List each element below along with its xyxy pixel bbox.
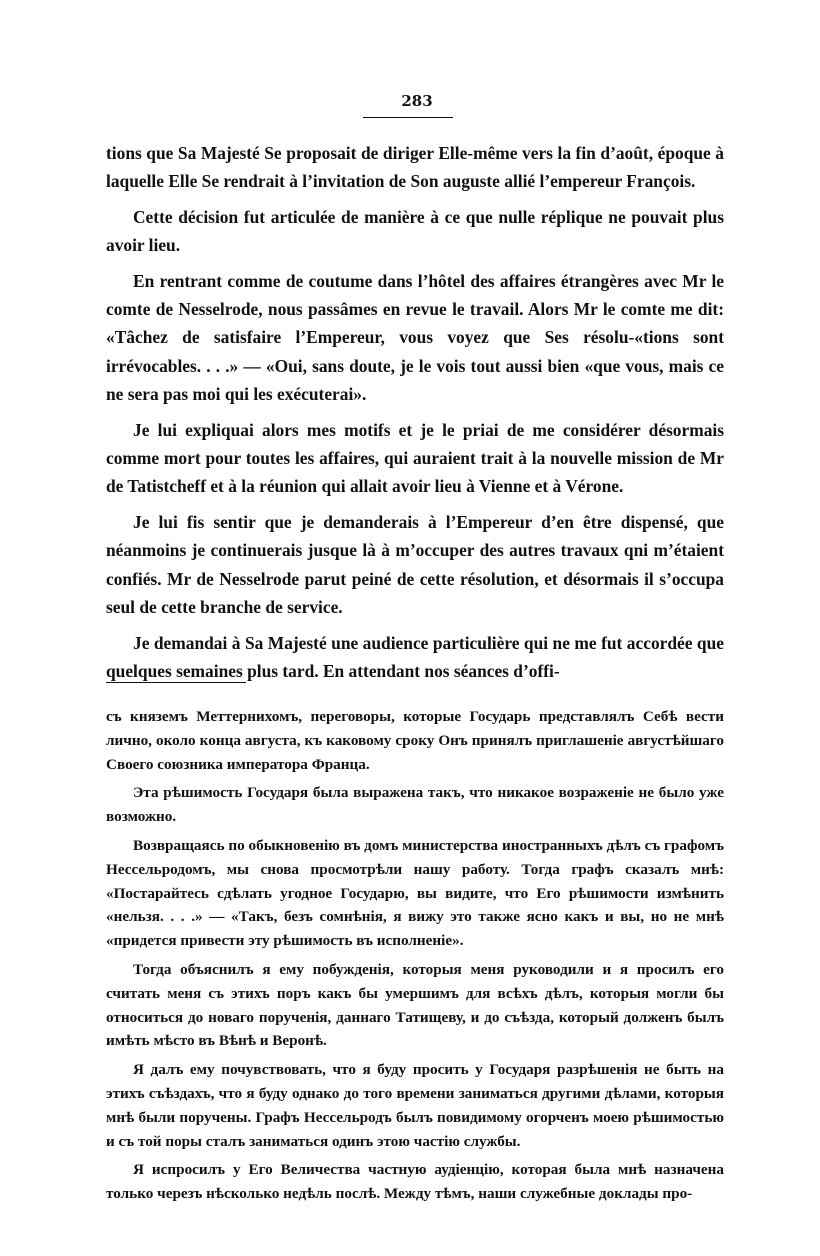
book-page: 283 tions que Sa Majesté Se proposait de… — [0, 0, 820, 1256]
page-number: 283 — [380, 92, 454, 110]
main-paragraph-3: En rentrant comme de coutume dans l’hôte… — [106, 267, 724, 409]
footnote-separator — [106, 682, 246, 683]
main-paragraph-6: Je demandai à Sa Majesté une audience pa… — [106, 629, 724, 686]
main-paragraph-4: Je lui expliquai alors mes motifs et je … — [106, 416, 724, 501]
footnote-text: съ княземъ Меттернихомъ, переговоры, кот… — [106, 705, 724, 1206]
footnote-paragraph-3: Возвращаясь по обыкновенiю въ домъ минис… — [106, 834, 724, 953]
page-number-rule — [363, 117, 453, 118]
footnote-paragraph-1: съ княземъ Меттернихомъ, переговоры, кот… — [106, 705, 724, 776]
main-paragraph-5: Je lui fis sentir que je demanderais à l… — [106, 508, 724, 622]
main-paragraph-2: Cette décision fut articulée de manière … — [106, 203, 724, 260]
main-text: tions que Sa Majesté Se proposait de dir… — [106, 139, 724, 685]
footnote-paragraph-6: Я испросилъ у Его Величества частную ауд… — [106, 1158, 724, 1206]
footnote-paragraph-4: Тогда объяснилъ я ему побужденiя, которы… — [106, 958, 724, 1053]
footnote-paragraph-2: Эта рѣшимость Государя была выражена так… — [106, 781, 724, 829]
footnote-paragraph-5: Я далъ ему почувствовать, что я буду про… — [106, 1058, 724, 1153]
main-paragraph-1: tions que Sa Majesté Se proposait de dir… — [106, 139, 724, 196]
